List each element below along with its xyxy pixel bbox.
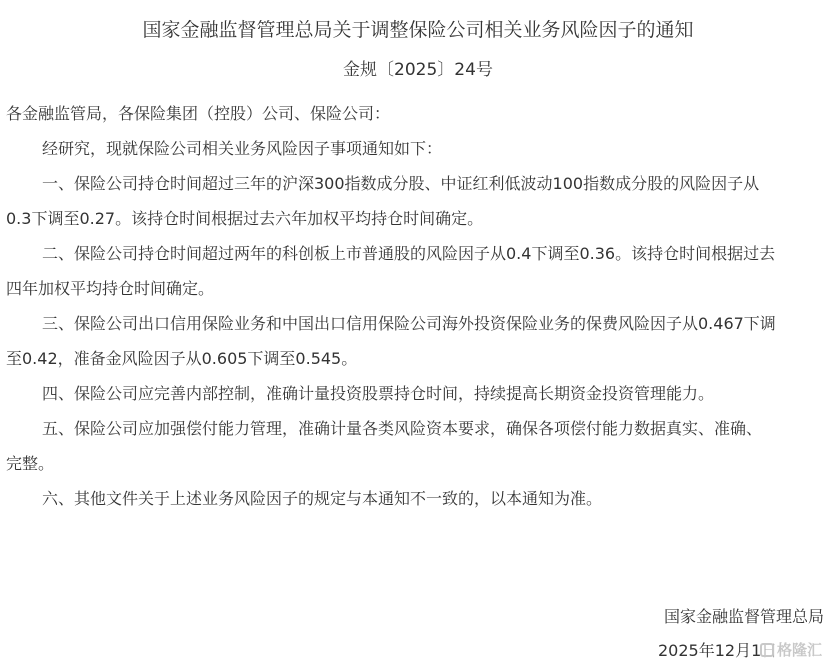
gelonghui-logo-icon	[760, 643, 774, 657]
watermark: 格隆汇	[760, 639, 822, 660]
item-3-line-1: 三、保险公司出口信用保险业务和中国出口信用保险公司海外投资保险业务的保费风险因子…	[6, 306, 828, 341]
notice-body: 各金融监管局，各保险集团（控股）公司、保险公司： 经研究，现就保险公司相关业务风…	[6, 96, 828, 516]
item-6: 六、其他文件关于上述业务风险因子的规定与本通知不一致的，以本通知为准。	[6, 481, 828, 516]
item-5-line-1: 五、保险公司应加强偿付能力管理，准确计量各类风险资本要求，确保各项偿付能力数据真…	[6, 411, 828, 446]
item-5-line-2: 完整。	[6, 446, 828, 481]
document-number: 金规〔2025〕24号	[0, 56, 836, 84]
intro-paragraph: 经研究，现就保险公司相关业务风险因子事项通知如下：	[6, 131, 828, 166]
issuer-signature: 国家金融监督管理总局	[664, 602, 824, 632]
addressee: 各金融监管局，各保险集团（控股）公司、保险公司：	[6, 96, 828, 131]
item-2-line-2: 四年加权平均持仓时间确定。	[6, 271, 828, 306]
notice-title: 国家金融监督管理总局关于调整保险公司相关业务风险因子的通知	[0, 16, 836, 44]
item-1-line-1: 一、保险公司持仓时间超过三年的沪深300指数成分股、中证红利低波动100指数成分…	[6, 166, 828, 201]
item-4: 四、保险公司应完善内部控制，准确计量投资股票持仓时间，持续提高长期资金投资管理能…	[6, 376, 828, 411]
item-2-line-1: 二、保险公司持仓时间超过两年的科创板上市普通股的风险因子从0.4下调至0.36。…	[6, 236, 828, 271]
item-3-line-2: 至0.42，准备金风险因子从0.605下调至0.545。	[6, 341, 828, 376]
item-1-line-2: 0.3下调至0.27。该持仓时间根据过去六年加权平均持仓时间确定。	[6, 201, 828, 236]
watermark-text: 格隆汇	[777, 639, 822, 660]
